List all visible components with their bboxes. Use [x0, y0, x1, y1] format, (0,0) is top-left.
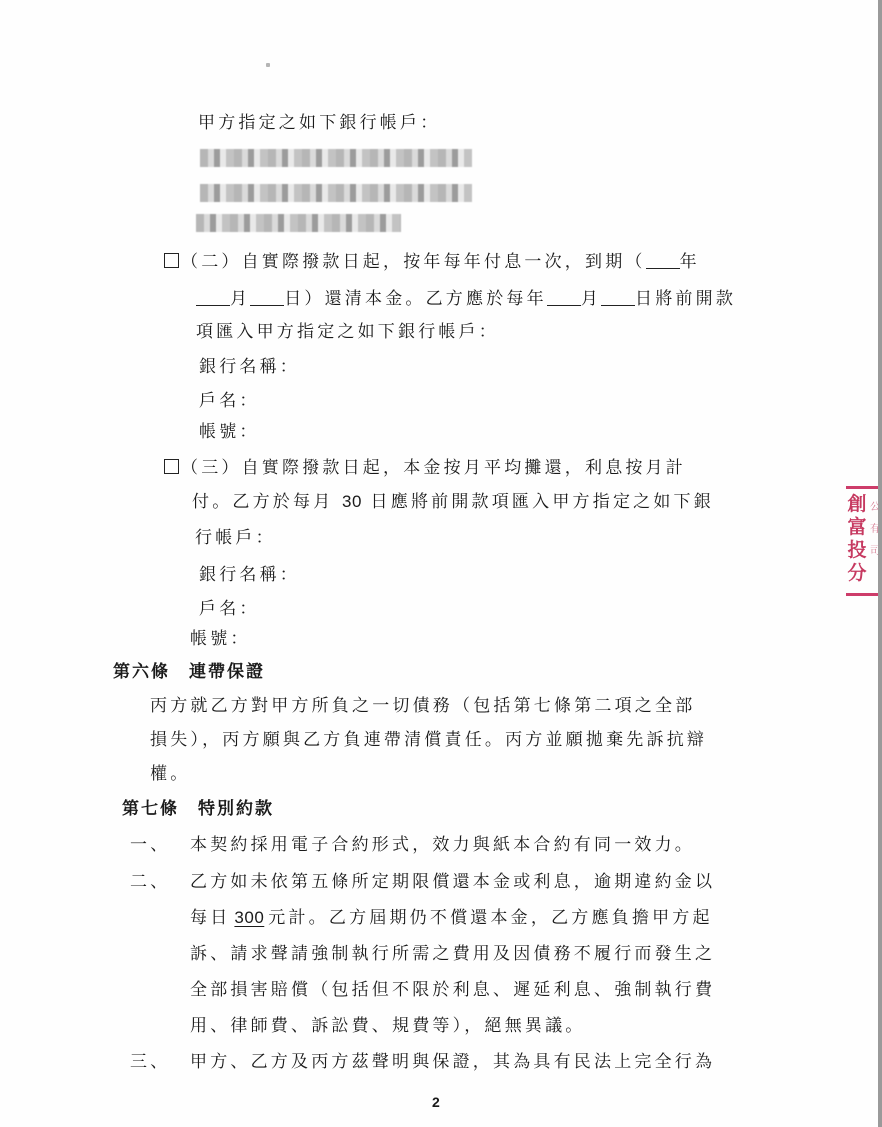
year-blank[interactable] [646, 253, 680, 269]
article-7-item-2-marker: 二、 [130, 871, 170, 893]
option-3-bank-name-label: 銀行名稱： [199, 564, 300, 586]
pay-month-blank[interactable] [547, 290, 581, 306]
payment-day-value: 30 [342, 492, 362, 511]
article-7-item-1-marker: 一、 [130, 834, 170, 856]
article-7-item-2-text-2: 元計。乙方屆期仍不償還本金，乙方應負擔甲方起 [268, 908, 712, 928]
article-7-item-2-line-4: 全部損害賠償（包括但不限於利息、遲延利息、強制執行費 [190, 979, 715, 1001]
article-6-heading: 第六條 連帶保證 [113, 661, 265, 683]
article-6-line-3: 權。 [150, 763, 190, 785]
option-2-text-3: 日將前開款 [635, 289, 736, 309]
option-2-line-3: 項匯入甲方指定之如下銀行帳戶： [196, 321, 499, 343]
option-3-account-no-label: 帳號： [190, 628, 251, 650]
option-3-line-3: 行帳戶： [195, 527, 276, 549]
article-7-item-2-line-2: 每日300元計。乙方屆期仍不償還本金，乙方應負擔甲方起 [190, 907, 713, 929]
article-7-heading: 第七條 特別約款 [122, 798, 274, 820]
month-blank[interactable] [196, 290, 230, 306]
option-2-account-no-label: 帳號： [199, 421, 260, 443]
seal-char-3: 投 [846, 539, 868, 562]
redacted-account-name [200, 184, 472, 202]
per-day-label: 每日 [190, 908, 230, 928]
company-seal-stamp: 創 富 投 分 公 有 司 [846, 486, 880, 596]
article-7-item-3-marker: 三、 [130, 1051, 170, 1073]
option-3-line-2: 付。乙方於每月 30 日應將前開款項匯入甲方指定之如下銀 [192, 491, 714, 513]
seal-char-4: 分 [846, 562, 868, 585]
article-7-item-2-line-3: 訴、請求聲請強制執行所需之費用及因債務不履行而發生之 [190, 943, 715, 965]
redacted-bank-name [200, 149, 472, 167]
option-2-account-name-label: 戶名： [199, 390, 260, 412]
page-number: 2 [432, 1094, 440, 1110]
account-intro: 甲方指定之如下銀行帳戶： [198, 112, 440, 134]
option-2-checkbox[interactable] [164, 253, 179, 268]
redacted-account-number [196, 214, 401, 232]
article-7-item-2-line-1: 乙方如未依第五條所定期限償還本金或利息，逾期違約金以 [190, 871, 715, 893]
month-label: 月 [230, 289, 250, 309]
option-3-text-2: 付。乙方於每月 [192, 492, 333, 512]
article-6-line-1: 丙方就乙方對甲方所負之一切債務（包括第七條第二項之全部 [150, 695, 695, 717]
pay-day-blank[interactable] [601, 290, 635, 306]
penalty-amount-value: 300 [230, 908, 268, 927]
article-7-item-2-line-5: 用、律師費、訴訟費、規費等），絕無異議。 [190, 1015, 586, 1037]
option-3-text-1: （三）自實際撥款日起，本金按月平均攤還，利息按月計 [181, 458, 686, 478]
option-2-text-1: （二）自實際撥款日起，按年每年付息一次，到期（ [181, 252, 646, 272]
year-label: 年 [680, 252, 700, 272]
option-3-text-3: 日應將前開款項匯入甲方指定之如下銀 [371, 492, 714, 512]
seal-char-1: 創 [846, 493, 868, 516]
option-2-line-2: 月日）還清本金。乙方應於每年月日將前開款 [196, 288, 736, 310]
option-3-account-name-label: 戶名： [199, 598, 260, 620]
option-2-text-2: 日）還清本金。乙方應於每年 [284, 289, 547, 309]
option-3-checkbox[interactable] [164, 459, 179, 474]
pay-month-label: 月 [581, 289, 601, 309]
option-2-bank-name-label: 銀行名稱： [199, 356, 300, 378]
document-page: 甲方指定之如下銀行帳戶： （二）自實際撥款日起，按年每年付息一次，到期（年 月日… [0, 0, 878, 1127]
day-blank[interactable] [250, 290, 284, 306]
article-7-item-1-line-1: 本契約採用電子合約形式，效力與紙本合約有同一效力。 [190, 834, 695, 856]
viewer-edge-scrollbar[interactable] [878, 0, 882, 1127]
option-3-line-1: （三）自實際撥款日起，本金按月平均攤還，利息按月計 [164, 457, 686, 479]
article-7-item-3-line-1: 甲方、乙方及丙方茲聲明與保證，其為具有民法上完全行為 [190, 1051, 715, 1073]
option-2-line-1: （二）自實際撥款日起，按年每年付息一次，到期（年 [164, 251, 700, 273]
seal-char-2: 富 [846, 516, 868, 539]
article-6-line-2: 損失），丙方願與乙方負連帶清償責任。丙方並願拋棄先訴抗辯 [150, 729, 707, 751]
scan-speck [266, 63, 270, 67]
